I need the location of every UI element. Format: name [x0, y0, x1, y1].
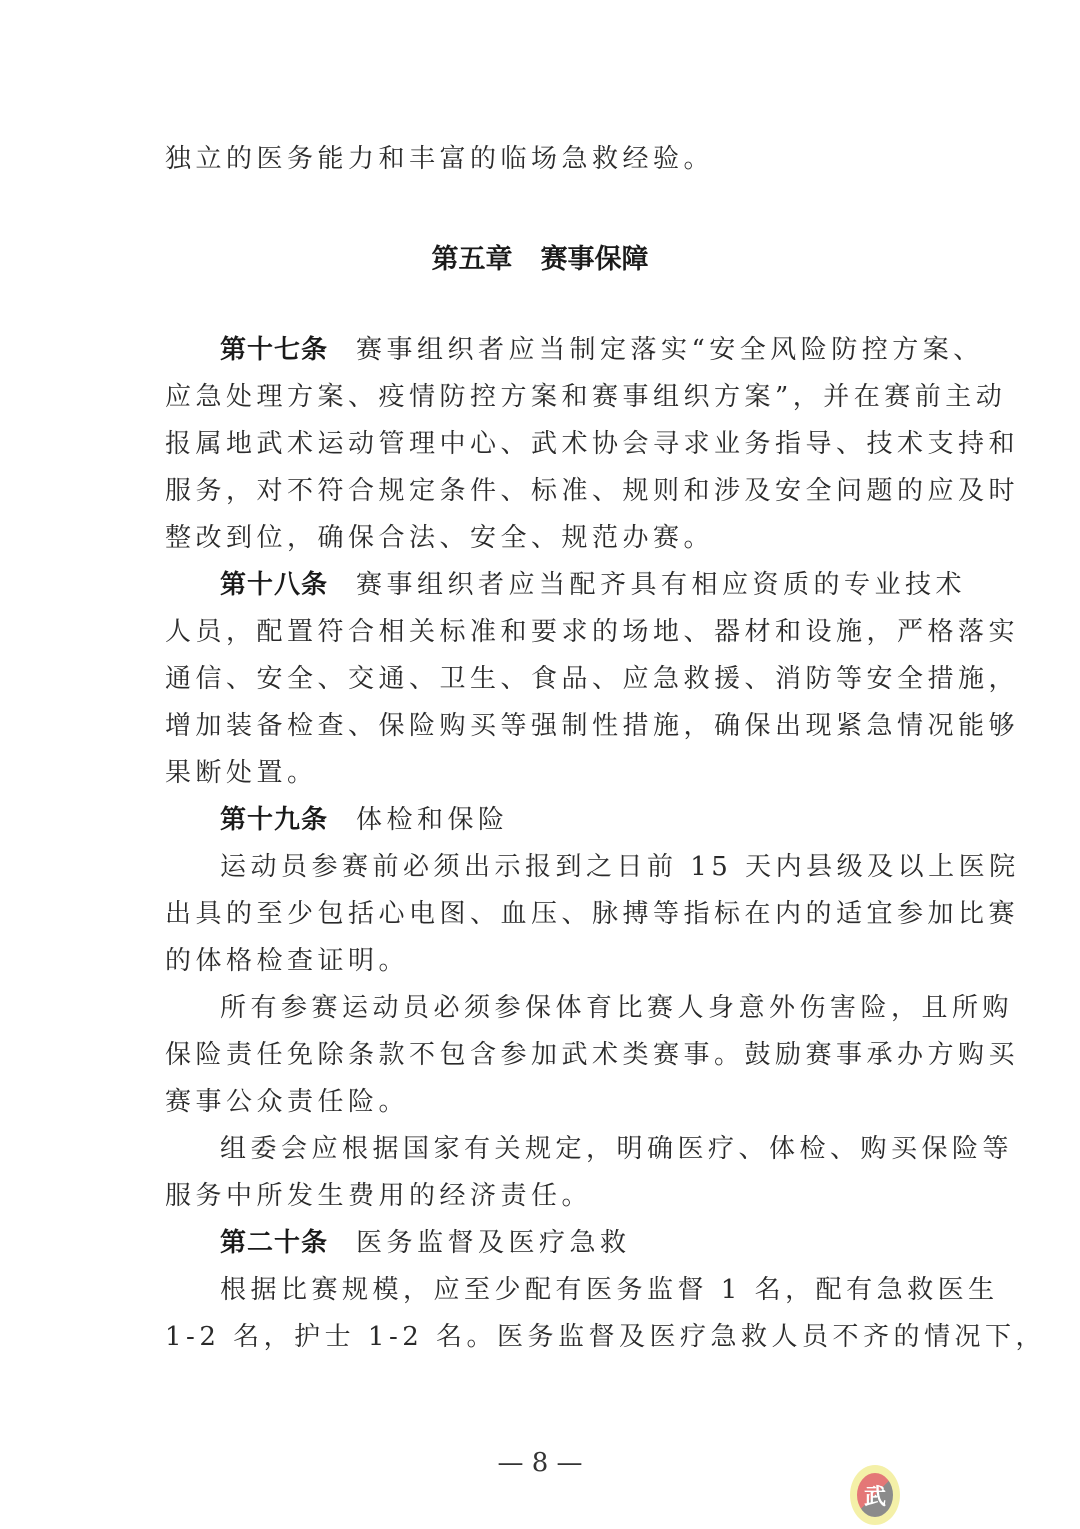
article-19-p1-line-2: 出具的至少包括心电图、血压、脉搏等指标在内的适宜参加比赛 [165, 898, 915, 930]
article-19-p1-line-1: 运动员参赛前必须出示报到之日前 15 天内县级及以上医院 [220, 851, 915, 883]
article-19-p2-line-2: 保险责任免除条款不包含参加武术类赛事。鼓励赛事承办方购买 [165, 1039, 915, 1071]
chapter-title: 赛事保障 [541, 244, 649, 275]
paragraph-tail: 独立的医务能力和丰富的临场急救经验。 [165, 143, 915, 175]
article-19-p2-line-3: 赛事公众责任险。 [165, 1086, 915, 1118]
article-17-line-3: 报属地武术运动管理中心、武术协会寻求业务指导、技术支持和 [165, 428, 915, 460]
article-17-line-1: 第十七条赛事组织者应当制定落实“安全风险防控方案、 [220, 334, 915, 366]
article-heading: 第十九条 [220, 805, 328, 835]
article-18-line-4: 增加装备检查、保险购买等强制性措施，确保出现紧急情况能够 [165, 710, 915, 742]
article-heading: 第十七条 [220, 335, 328, 365]
article-19-heading-line: 第十九条体检和保险 [220, 804, 915, 836]
article-20-p1-line-2: 1-2 名，护士 1-2 名。医务监督及医疗急救人员不齐的情况下， [165, 1321, 915, 1353]
article-20-p1-line-1: 根据比赛规模，应至少配有医务监督 1 名，配有急救医生 [220, 1274, 915, 1306]
article-18-line-2: 人员，配置符合相关标准和要求的场地、器材和设施，严格落实 [165, 616, 915, 648]
chapter-heading: 第五章赛事保障 [0, 237, 1080, 276]
article-heading: 第二十条 [220, 1228, 328, 1258]
article-17-line-4: 服务，对不符合规定条件、标准、规则和涉及安全问题的应及时 [165, 475, 915, 507]
article-19-p3-line-2: 服务中所发生费用的经济责任。 [165, 1180, 915, 1212]
article-18-line-5: 果断处置。 [165, 757, 915, 789]
article-17-line-5: 整改到位，确保合法、安全、规范办赛。 [165, 522, 915, 554]
article-19-p3-line-1: 组委会应根据国家有关规定，明确医疗、体检、购买保险等 [220, 1133, 915, 1165]
page-number: — 8 — [0, 1448, 1080, 1478]
article-20-heading-line: 第二十条医务监督及医疗急救 [220, 1227, 915, 1259]
article-title: 医务监督及医疗急救 [356, 1228, 631, 1258]
wushu-emblem-icon: 武 [850, 1465, 900, 1525]
article-19-p2-line-1: 所有参赛运动员必须参保体育比赛人身意外伤害险，且所购 [220, 992, 915, 1024]
article-title: 体检和保险 [356, 805, 509, 835]
emblem-glyph: 武 [857, 1473, 893, 1517]
chapter-number: 第五章 [432, 244, 513, 275]
article-17-line-2: 应急处理方案、疫情防控方案和赛事组织方案”，并在赛前主动 [165, 381, 915, 413]
article-18-line-3: 通信、安全、交通、卫生、食品、应急救援、消防等安全措施， [165, 663, 915, 695]
article-heading: 第十八条 [220, 570, 328, 600]
article-19-p1-line-3: 的体格检查证明。 [165, 945, 915, 977]
article-18-line-1: 第十八条赛事组织者应当配齐具有相应资质的专业技术 [220, 569, 915, 601]
